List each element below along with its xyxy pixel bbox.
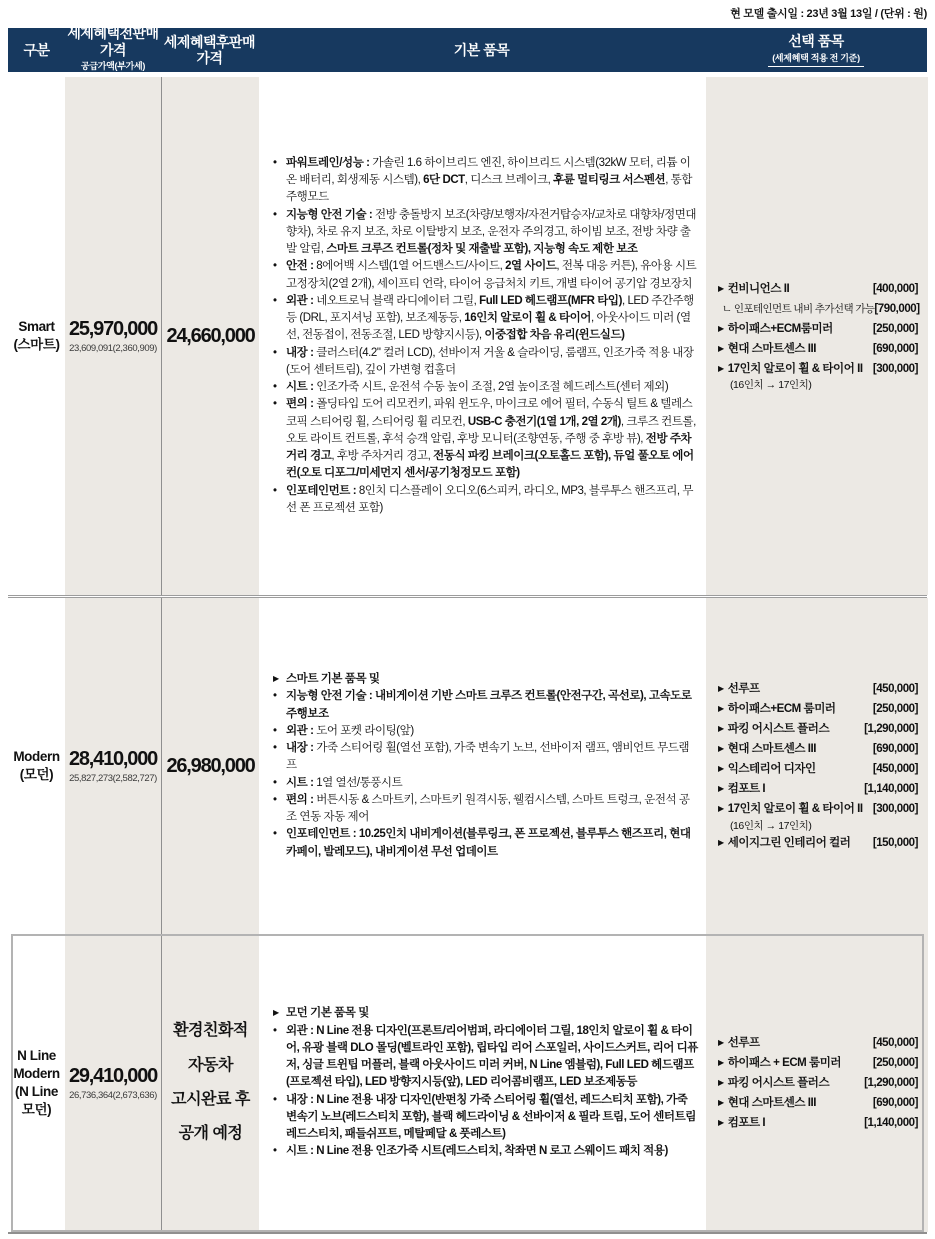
basic-items-list: ▶스마트 기본 품목 및•지능형 안전 기술 : 내비게이션 기반 스마트 크루… xyxy=(273,671,698,861)
trim-name: N LineModern(N Line모던) xyxy=(13,1047,59,1120)
triangle-bullet-icon: ▶ xyxy=(718,684,724,693)
header-price-before-sublabel: 공급가액(부가세) xyxy=(77,58,149,75)
trim-cell: Modern(모던) xyxy=(8,598,65,934)
trim-name: Smart(스마트) xyxy=(13,318,59,354)
pending-line: 고시완료 후 xyxy=(171,1091,250,1108)
optional-item: ▶세이지그린 인테리어 컬러[150,000] xyxy=(718,833,918,853)
triangle-bullet-icon: ▶ xyxy=(273,1007,286,1019)
header-price-after: 세제혜택후판매가격 xyxy=(161,28,258,72)
triangle-bullet-icon: ▶ xyxy=(718,1118,724,1127)
basic-items-cell: •파워트레인/성능 : 가솔린 1.6 하이브리드 엔진, 하이브리드 시스템(… xyxy=(259,77,706,595)
optional-item-price: [300,000] xyxy=(873,359,918,379)
basic-item: •지능형 안전 기술 : 전방 충돌방지 보조(차량/보행자/자전거탑승자/교차… xyxy=(273,207,698,259)
optional-item: (16인치 → 17인치) xyxy=(718,379,918,393)
basic-item-text: , 후방 주차거리 경고, xyxy=(331,450,433,462)
trim-row: N LineModern(N Line모던)29,410,00026,736,3… xyxy=(8,934,927,1232)
price-after-cell: 26,980,000 xyxy=(162,598,259,934)
price-before-value: 28,410,000 xyxy=(69,748,157,771)
basic-item-text: Full LED 헤드램프(MFR 타입) xyxy=(479,295,622,307)
header-optional-items: 선택 품목 (세제혜택 적용 전 기준) xyxy=(705,28,927,72)
dot-bullet-icon: • xyxy=(273,396,286,413)
basic-item: •외관 : 도어 포켓 라이팅(앞) xyxy=(273,723,698,740)
optional-item-price: [1,290,000] xyxy=(864,1073,918,1093)
basic-item-text: 인조가죽 시트, 운전석 수동 높이 조절, 2열 높이조절 헤드레스트(센터 … xyxy=(316,381,668,393)
optional-item: (16인치 → 17인치) xyxy=(718,820,918,834)
basic-item: •파워트레인/성능 : 가솔린 1.6 하이브리드 엔진, 하이브리드 시스템(… xyxy=(273,155,698,207)
optional-item-price: [1,290,000] xyxy=(864,719,918,739)
basic-item-text: 편의 : xyxy=(286,794,316,806)
triangle-bullet-icon: ▶ xyxy=(718,1098,724,1107)
optional-item: ▶컴포트 I[1,140,000] xyxy=(718,779,918,799)
header-basic-items: 기본 품목 xyxy=(258,28,705,72)
optional-item-name: ▶하이패스+ECM 룸미러 xyxy=(718,699,836,719)
basic-item: •시트 : 1열 열선/통풍시트 xyxy=(273,775,698,792)
price-after-value: 24,660,000 xyxy=(166,325,254,348)
basic-item-text: 후륜 멀티링크 서스펜션 xyxy=(553,174,665,186)
optional-item-price: [450,000] xyxy=(873,679,918,699)
optional-item-name: ▶선루프 xyxy=(718,679,760,699)
optional-item: ▶하이패스+ECM 룸미러[250,000] xyxy=(718,699,918,719)
triangle-bullet-icon: ▶ xyxy=(718,324,724,333)
basic-item-text: 편의 : xyxy=(286,398,316,410)
pending-line: 자동차 xyxy=(188,1057,233,1074)
basic-item-text: 내장 : xyxy=(286,742,316,754)
optional-item-name: ▶하이패스+ECM룸미러 xyxy=(718,319,833,339)
optional-item-name: ▶현대 스마트센스 III xyxy=(718,1093,816,1113)
header-category-label: 구분 xyxy=(23,42,49,58)
basic-item-text: 스마트 기본 품목 및 xyxy=(286,673,380,685)
basic-item: •내장 : 클러스터(4.2" 컬러 LCD), 선바이저 거울 & 슬라이딩,… xyxy=(273,345,698,380)
optional-item: ▶컨비니언스 II[400,000] xyxy=(718,279,918,299)
trim-name-line: Modern xyxy=(13,749,59,764)
triangle-bullet-icon: ▶ xyxy=(718,804,724,813)
optional-item: ▶선루프[450,000] xyxy=(718,1033,918,1053)
basic-item-text: N Line 전용 내장 디자인(반펀칭 가죽 스티어링 휠(열선, 레드스티치… xyxy=(286,1094,696,1141)
triangle-bullet-icon: ▶ xyxy=(718,364,724,373)
basic-item-text: 인포테인먼트 : xyxy=(286,485,359,497)
optional-item-name: ▶컴포트 I xyxy=(718,779,765,799)
trim-row: Smart(스마트)25,970,00023,609,091(2,360,909… xyxy=(8,77,927,595)
optional-item-price: [690,000] xyxy=(873,339,918,359)
header-optional-items-label: 선택 품목 xyxy=(788,33,844,49)
optional-item-price: [450,000] xyxy=(873,759,918,779)
triangle-bullet-icon: ▶ xyxy=(273,673,286,685)
trim-name-line: 모던) xyxy=(22,1102,51,1117)
optional-item-name: ▶17인치 알로이 휠 & 타이어 II xyxy=(718,359,863,379)
basic-item-text: 시트 : xyxy=(286,1145,316,1157)
optional-item: ㄴ 인포테인먼트 내비 추가선택 가능[790,000] xyxy=(718,299,918,319)
pending-disclosure-text: 환경친화적자동차고시완료 후공개 예정 xyxy=(171,1014,250,1152)
basic-item: •외관 : 네오트로닉 블랙 라디에이터 그릴, Full LED 헤드램프(M… xyxy=(273,293,698,345)
basic-item-text: 가죽 스티어링 휠(열선 포함), 가죽 변속기 노브, 선바이저 램프, 앰비… xyxy=(286,742,689,771)
triangle-bullet-icon: ▶ xyxy=(718,344,724,353)
basic-item: •인포테인먼트 : 8인치 디스플레이 오디오(6스피커, 라디오, MP3, … xyxy=(273,483,698,518)
dot-bullet-icon: • xyxy=(273,775,286,792)
basic-item-text: 외관 : xyxy=(286,725,316,737)
basic-item-text: , 디스크 브레이크, xyxy=(465,174,553,186)
trim-row: Modern(모던)28,410,00025,827,273(2,582,727… xyxy=(8,595,927,934)
price-before-value: 25,970,000 xyxy=(69,318,157,341)
triangle-bullet-icon: ▶ xyxy=(718,1038,724,1047)
supply-price-vat: 25,827,273(2,582,727) xyxy=(69,773,157,784)
basic-item-text: 클러스터(4.2" 컬러 LCD), 선바이저 거울 & 슬라이딩, 룸램프, … xyxy=(286,347,694,376)
basic-item-text: 지능형 안전 기술 : xyxy=(286,690,375,702)
optional-item-price: [690,000] xyxy=(873,1093,918,1113)
optional-item: ▶선루프[450,000] xyxy=(718,679,918,699)
optional-item-price: [250,000] xyxy=(873,319,918,339)
basic-item-text: 시트 : xyxy=(286,381,316,393)
basic-item-text: 2열 사이드 xyxy=(505,260,556,272)
dot-bullet-icon: • xyxy=(273,207,286,224)
trim-name-line: (N Line xyxy=(15,1084,58,1099)
pending-line: 공개 예정 xyxy=(179,1125,243,1142)
trim-name-line: Smart xyxy=(18,319,54,334)
triangle-bullet-icon: ▶ xyxy=(718,724,724,733)
triangle-bullet-icon: ▶ xyxy=(718,1058,724,1067)
optional-item-price: [250,000] xyxy=(873,1053,918,1073)
table-body: Smart(스마트)25,970,00023,609,091(2,360,909… xyxy=(8,77,927,1234)
trim-name-line: N Line xyxy=(17,1048,56,1063)
optional-item-name: ▶익스테리어 디자인 xyxy=(718,759,816,779)
trim-cell: N LineModern(N Line모던) xyxy=(8,934,65,1232)
optional-item-name: ▶17인치 알로이 휠 & 타이어 II xyxy=(718,799,863,819)
basic-item-text: 외관 : xyxy=(286,295,316,307)
basic-item: •내장 : N Line 전용 내장 디자인(반펀칭 가죽 스티어링 휠(열선,… xyxy=(273,1092,698,1144)
trim-cell: Smart(스마트) xyxy=(8,77,65,595)
dot-bullet-icon: • xyxy=(273,1023,286,1040)
basic-item-text: 6단 DCT xyxy=(423,174,465,186)
optional-item-name: ▶파킹 어시스트 플러스 xyxy=(718,1073,829,1093)
basic-item-text: 내장 : xyxy=(286,347,316,359)
basic-item: •지능형 안전 기술 : 내비게이션 기반 스마트 크루즈 컨트롤(안전구간, … xyxy=(273,688,698,723)
header-optional-items-sublabel: (세제혜택 적용 전 기준) xyxy=(768,50,864,67)
dot-bullet-icon: • xyxy=(273,379,286,396)
pending-line: 환경친화적 xyxy=(173,1022,248,1039)
optional-item-price: [400,000] xyxy=(873,279,918,299)
basic-item-text: 파워트레인/성능 : xyxy=(286,157,372,169)
triangle-bullet-icon: ▶ xyxy=(718,764,724,773)
supply-price-vat: 23,609,091(2,360,909) xyxy=(69,343,157,354)
dot-bullet-icon: • xyxy=(273,740,286,757)
optional-item-price: [1,140,000] xyxy=(864,1113,918,1133)
basic-item-text: 도어 포켓 라이팅(앞) xyxy=(316,725,414,737)
basic-item-text: 안전 : xyxy=(286,260,316,272)
basic-item: •편의 : 폴딩타입 도어 리모컨키, 파워 윈도우, 마이크로 에어 필터, … xyxy=(273,396,698,482)
header-price-after-label: 세제혜택후판매가격 xyxy=(161,34,258,66)
supply-price-vat: 26,736,364(2,673,636) xyxy=(69,1090,157,1101)
optional-items-cell: ▶컨비니언스 II[400,000]ㄴ 인포테인먼트 내비 추가선택 가능[79… xyxy=(706,77,928,595)
basic-item: •시트 : N Line 전용 인조가죽 시트(레드스티치, 착좌면 N 로고 … xyxy=(273,1143,698,1160)
optional-item: ▶17인치 알로이 휠 & 타이어 II[300,000] xyxy=(718,799,918,819)
table-header: 구분 세제혜택전판매가격 공급가액(부가세) 세제혜택후판매가격 기본 품목 선… xyxy=(8,28,927,72)
optional-item: ▶17인치 알로이 휠 & 타이어 II[300,000] xyxy=(718,359,918,379)
basic-item: •외관 : N Line 전용 디자인(프론트/리어범퍼, 라디에이터 그릴, … xyxy=(273,1023,698,1092)
basic-item-text: USB-C 충전기(1열 1개, 2열 2개) xyxy=(468,416,621,428)
optional-item: ▶파킹 어시스트 플러스[1,290,000] xyxy=(718,719,918,739)
basic-item: •편의 : 버튼시동 & 스마트키, 스마트키 원격시동, 웰컴시스템, 스마트… xyxy=(273,792,698,827)
triangle-bullet-icon: ▶ xyxy=(718,284,724,293)
dot-bullet-icon: • xyxy=(273,483,286,500)
optional-item-price: [1,140,000] xyxy=(864,779,918,799)
optional-items-cell: ▶선루프[450,000]▶하이패스 + ECM 룸미러[250,000]▶파킹… xyxy=(706,934,928,1232)
optional-item-name: (16인치 → 17인치) xyxy=(730,379,811,393)
dot-bullet-icon: • xyxy=(273,293,286,310)
optional-item-name: ㄴ 인포테인먼트 내비 추가선택 가능 xyxy=(718,300,874,318)
optional-item-name: ▶선루프 xyxy=(718,1033,760,1053)
basic-item: •시트 : 인조가죽 시트, 운전석 수동 높이 조절, 2열 높이조절 헤드레… xyxy=(273,379,698,396)
dot-bullet-icon: • xyxy=(273,826,286,843)
optional-item: ▶하이패스 + ECM 룸미러[250,000] xyxy=(718,1053,918,1073)
basic-items-cell: ▶스마트 기본 품목 및•지능형 안전 기술 : 내비게이션 기반 스마트 크루… xyxy=(259,598,706,934)
optional-item: ▶현대 스마트센스 III[690,000] xyxy=(718,739,918,759)
basic-item: •안전 : 8에어백 시스템(1열 어드밴스드/사이드, 2열 사이드, 전복 … xyxy=(273,258,698,293)
optional-item-name: ▶세이지그린 인테리어 컬러 xyxy=(718,833,850,853)
basic-item-text: 스마트 크루즈 컨트롤(정차 및 재출발 포함), 지능형 속도 제한 보조 xyxy=(326,243,637,255)
basic-item: •내장 : 가죽 스티어링 휠(열선 포함), 가죽 변속기 노브, 선바이저 … xyxy=(273,740,698,775)
optional-item-price: [150,000] xyxy=(873,833,918,853)
triangle-bullet-icon: ▶ xyxy=(718,838,724,847)
basic-item-text: 네오트로닉 블랙 라디에이터 그릴, xyxy=(316,295,479,307)
header-price-before: 세제혜택전판매가격 공급가액(부가세) xyxy=(65,28,161,72)
optional-item-name: ▶현대 스마트센스 III xyxy=(718,739,816,759)
dot-bullet-icon: • xyxy=(273,723,286,740)
triangle-bullet-icon: ▶ xyxy=(718,744,724,753)
basic-items-cell: ▶모던 기본 품목 및•외관 : N Line 전용 디자인(프론트/리어범퍼,… xyxy=(259,934,706,1232)
dot-bullet-icon: • xyxy=(273,1143,286,1160)
dot-bullet-icon: • xyxy=(273,345,286,362)
triangle-bullet-icon: ▶ xyxy=(718,704,724,713)
optional-item: ▶현대 스마트센스 III[690,000] xyxy=(718,339,918,359)
basic-item-text: 이중접합 차음 유리(윈드실드) xyxy=(484,329,624,341)
price-after-value: 26,980,000 xyxy=(166,755,254,778)
basic-items-list: ▶모던 기본 품목 및•외관 : N Line 전용 디자인(프론트/리어범퍼,… xyxy=(273,1005,698,1160)
basic-item-text: 내장 : xyxy=(286,1094,316,1106)
triangle-bullet-icon: ▶ xyxy=(718,1078,724,1087)
basic-items-list: •파워트레인/성능 : 가솔린 1.6 하이브리드 엔진, 하이브리드 시스템(… xyxy=(273,155,698,517)
release-note: 현 모델 출시일 : 23년 3월 13일 / (단위 : 원) xyxy=(730,5,927,21)
trim-name-line: (스마트) xyxy=(13,337,59,352)
triangle-bullet-icon: ▶ xyxy=(718,784,724,793)
basic-item-text: 인포테인먼트 : xyxy=(286,828,359,840)
optional-item: ▶파킹 어시스트 플러스[1,290,000] xyxy=(718,1073,918,1093)
trim-name: Modern(모던) xyxy=(13,748,59,784)
optional-item-name: ▶컨비니언스 II xyxy=(718,279,789,299)
price-before-cell: 28,410,00025,827,273(2,582,727) xyxy=(65,598,162,934)
optional-item-price: [690,000] xyxy=(873,739,918,759)
price-sheet: 현 모델 출시일 : 23년 3월 13일 / (단위 : 원) 구분 세제혜택… xyxy=(8,0,927,1234)
optional-item: ▶컴포트 I[1,140,000] xyxy=(718,1113,918,1133)
price-before-value: 29,410,000 xyxy=(69,1065,157,1088)
price-after-cell: 환경친화적자동차고시완료 후공개 예정 xyxy=(162,934,259,1232)
basic-item-text: 1열 열선/통풍시트 xyxy=(316,777,402,789)
basic-item: ▶모던 기본 품목 및 xyxy=(273,1005,698,1022)
optional-item: ▶하이패스+ECM룸미러[250,000] xyxy=(718,319,918,339)
basic-item: ▶스마트 기본 품목 및 xyxy=(273,671,698,688)
optional-item-name: ▶컴포트 I xyxy=(718,1113,765,1133)
basic-item-text: 지능형 안전 기술 : xyxy=(286,209,375,221)
optional-item-price: [300,000] xyxy=(873,799,918,819)
basic-item-text: 버튼시동 & 스마트키, 스마트키 원격시동, 웰컴시스템, 스마트 트렁크, … xyxy=(286,794,690,823)
basic-item-text: N Line 전용 인조가죽 시트(레드스티치, 착좌면 N 로고 스웨이드 패… xyxy=(316,1145,668,1157)
header-basic-items-label: 기본 품목 xyxy=(454,42,510,58)
optional-item-name: ▶파킹 어시스트 플러스 xyxy=(718,719,829,739)
price-before-cell: 25,970,00023,609,091(2,360,909) xyxy=(65,77,162,595)
basic-item-text: 외관 : xyxy=(286,1025,316,1037)
optional-item-price: [250,000] xyxy=(873,699,918,719)
optional-items-cell: ▶선루프[450,000]▶하이패스+ECM 룸미러[250,000]▶파킹 어… xyxy=(706,598,928,934)
optional-item-name: ▶현대 스마트센스 III xyxy=(718,339,816,359)
dot-bullet-icon: • xyxy=(273,688,286,705)
optional-item: ▶현대 스마트센스 III[690,000] xyxy=(718,1093,918,1113)
header-price-before-label: 세제혜택전판매가격 xyxy=(65,25,161,57)
price-before-cell: 29,410,00026,736,364(2,673,636) xyxy=(65,934,162,1232)
dot-bullet-icon: • xyxy=(273,155,286,172)
dot-bullet-icon: • xyxy=(273,792,286,809)
optional-item: ▶익스테리어 디자인[450,000] xyxy=(718,759,918,779)
basic-item-text: 16인치 알로이 휠 & 타이어 xyxy=(464,312,591,324)
header-category: 구분 xyxy=(8,28,65,72)
optional-item-name: (16인치 → 17인치) xyxy=(730,820,811,834)
basic-item: •인포테인먼트 : 10.25인치 내비게이션(블루링크, 폰 프로젝션, 블루… xyxy=(273,826,698,861)
basic-item-text: 모던 기본 품목 및 xyxy=(286,1007,369,1019)
optional-item-price: [450,000] xyxy=(873,1033,918,1053)
basic-item-text: 8에어백 시스템(1열 어드밴스드/사이드, xyxy=(316,260,505,272)
trim-name-line: (모던) xyxy=(20,767,53,782)
price-after-cell: 24,660,000 xyxy=(162,77,259,595)
basic-item-text: N Line 전용 디자인(프론트/리어범퍼, 라디에이터 그릴, 18인치 알… xyxy=(286,1025,698,1089)
trim-name-line: Modern xyxy=(13,1066,59,1081)
optional-item-price: [790,000] xyxy=(874,299,919,319)
basic-item-text: 시트 : xyxy=(286,777,316,789)
optional-item-name: ▶하이패스 + ECM 룸미러 xyxy=(718,1053,841,1073)
dot-bullet-icon: • xyxy=(273,1092,286,1109)
dot-bullet-icon: • xyxy=(273,258,286,275)
